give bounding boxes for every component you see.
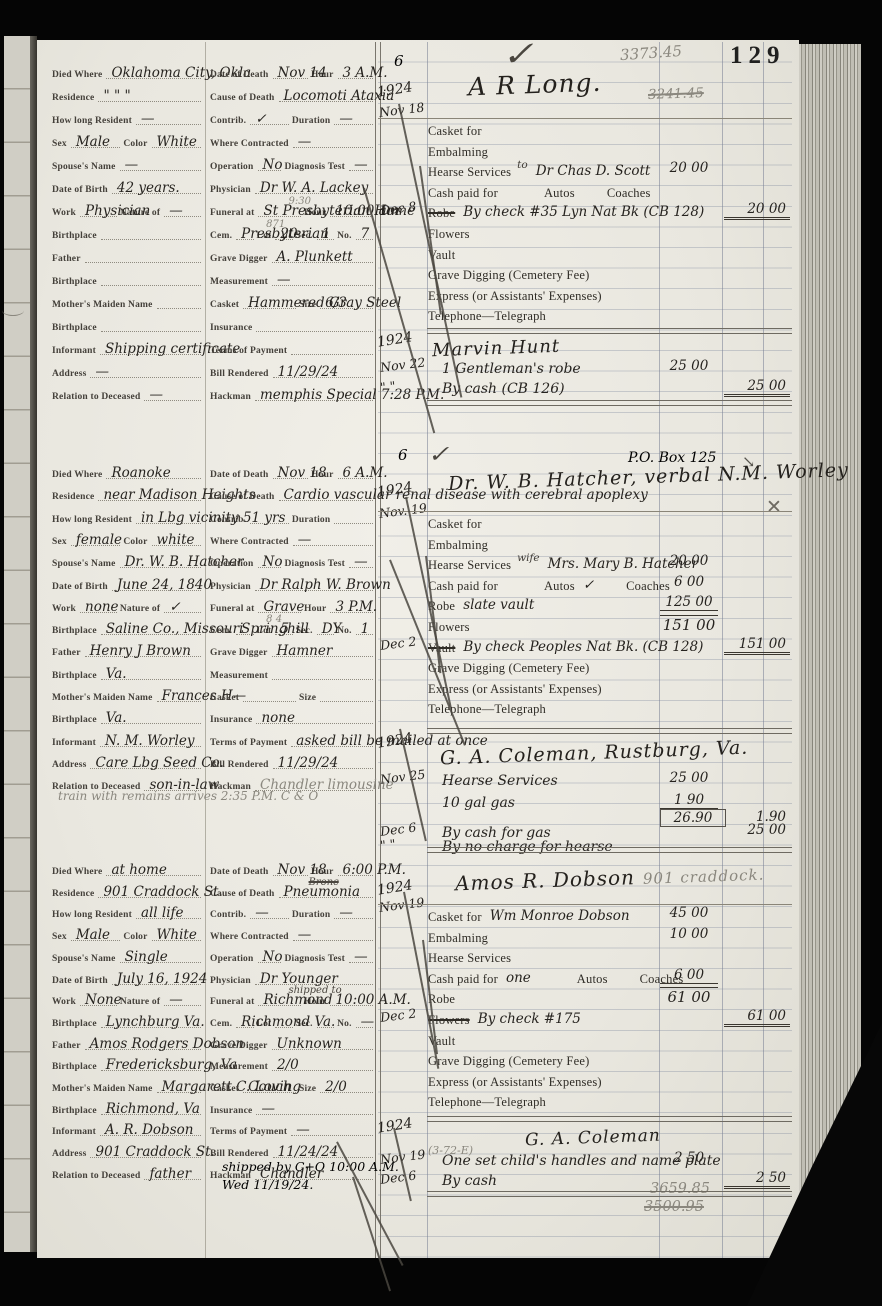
label-diagnosis-test: Diagnosis Test	[284, 162, 345, 172]
label-work: Work	[52, 604, 76, 614]
field-died-where: Died WhereOklahoma City, Okla	[52, 64, 204, 80]
value-color: white	[157, 534, 195, 547]
label-measurement: Measurement	[210, 671, 268, 681]
label-how-long-resident: How long Resident	[52, 515, 132, 525]
label-diagnosis-test: Diagnosis Test	[284, 559, 345, 569]
value-residence: " " "	[103, 90, 130, 103]
value-line-address: 901 Craddock St.	[90, 1145, 201, 1158]
field-funeral-at: Funeral atGraveHour3 P.M.	[210, 598, 376, 614]
value-bill-rendered: 11/29/24	[278, 757, 339, 770]
sub-line-text: By cash	[428, 1173, 656, 1191]
value-hour: 3 P.M.	[335, 601, 377, 614]
label-father: Father	[52, 1041, 81, 1051]
ship-note-1: shipped by C+O 10:00 A.M.	[222, 1159, 399, 1174]
value-relation-to-deceased: —	[149, 389, 163, 402]
label-insurance: Insurance	[210, 715, 252, 725]
value-line-died-where: at home	[106, 863, 201, 876]
value-funeral-at: Grave	[263, 601, 304, 614]
label-address: Address	[52, 1149, 86, 1159]
value-sec: DY	[322, 623, 342, 636]
field-how-long-resident: How long Residentall life	[52, 904, 204, 920]
ledger-item-text: Express (or Assistants' Expenses)	[428, 287, 656, 305]
field-informant: InformantShipping certificate	[52, 340, 204, 356]
value-line-hour: 6 A.M.	[338, 466, 374, 479]
customer-name: A R Long.	[468, 68, 602, 102]
label-physician: Physician	[210, 185, 251, 195]
ledger-item-vault: Vault	[378, 1031, 792, 1051]
value-line-residence: " " "	[98, 89, 201, 102]
item-label-embalming: Embalming	[428, 538, 488, 552]
label-terms-of-payment: Terms of Payment	[210, 738, 287, 748]
item-note: to	[517, 159, 528, 171]
value-operation: No	[263, 556, 283, 569]
value-sex: female	[76, 534, 122, 547]
value-line-operation: No	[258, 158, 282, 171]
field-birthplace: BirthplaceRichmond, Va	[52, 1100, 204, 1116]
value-work: Physician	[85, 205, 150, 218]
field-how-long-resident: How long Resident—	[52, 110, 204, 126]
value-line-funeral-at: St Presbyterian Home9:30	[258, 204, 301, 217]
field-terms-of-payment: Terms of Payment	[210, 340, 376, 356]
value-line-father: Amos Rodgers Dobson	[85, 1037, 201, 1050]
value-how-long-resident: all life	[141, 907, 184, 920]
field-operation: OperationNoDiagnosis Test—	[210, 948, 376, 964]
label-birthplace: Birthplace	[52, 671, 97, 681]
field-mother-s-maiden-name: Mother's Maiden Name	[52, 294, 204, 310]
label-funeral-at: Funeral at	[210, 604, 254, 614]
value-hour: 6 A.M.	[343, 467, 388, 480]
value-line-bill-rendered: 11/29/24	[273, 365, 373, 378]
field-sex: SexMaleColorWhite	[52, 133, 204, 149]
field-how-long-resident: How long Residentin Lbg vicinity 51 yrs	[52, 509, 204, 525]
value-line-contrib	[250, 511, 289, 524]
field-grave-digger: Grave DiggerHamner	[210, 642, 376, 658]
value-line-date-of-birth: 42 years.	[112, 181, 201, 194]
label-physician: Physician	[210, 582, 251, 592]
value-nature-of: —	[169, 994, 183, 1007]
label-hackman: Hackman	[210, 392, 251, 402]
value-no: 1	[361, 623, 370, 636]
field-spouse-s-name: Spouse's NameDr. W. B. Hatcher	[52, 553, 204, 569]
amount-charges: 20 00	[660, 553, 718, 569]
funeral-ledger-scan: 3373.45 3241.45 129 3659.85 3500.95 6 ✓ …	[0, 0, 882, 1306]
value-line-birthplace: Saline Co., Missouri	[101, 622, 201, 635]
item-handwriting: slate vault	[463, 597, 534, 613]
value-line-informant: A. R. Dobson	[100, 1123, 201, 1136]
value-line-contrib: —	[250, 906, 289, 919]
sub-line-text: 1 Gentleman's robe	[428, 361, 656, 379]
ledger-item-text: Grave Digging (Cemetery Fee)	[428, 266, 656, 284]
value-date-of-birth: June 24, 1840	[117, 579, 212, 592]
value-physician: Dr Ralph W. Brown	[260, 579, 391, 592]
margin-pencil-squiggle	[2, 305, 24, 316]
label-size: Size	[299, 693, 316, 703]
ledger-item-grave-digging-cemetery-fee: Grave Digging (Cemetery Fee)	[378, 1051, 792, 1071]
label-father: Father	[52, 648, 81, 658]
field-work: WorkPhysicianNature of—	[52, 202, 204, 218]
value-relation-to-deceased: father	[149, 1168, 191, 1181]
value-address: —	[95, 366, 109, 379]
value-nature-of: —	[169, 205, 183, 218]
ledger-item-text: Grave Digging (Cemetery Fee)	[428, 1052, 656, 1070]
amount-payments: 25 00	[724, 822, 790, 838]
value-line-mother-s-maiden-name	[157, 296, 201, 309]
ledger-item-text: Casket forWm Monroe Dobson	[428, 908, 656, 926]
field-measurement: Measurement	[210, 665, 376, 681]
amount-charges: 1 90	[660, 792, 718, 809]
amount-charges: 25 00	[660, 358, 718, 374]
item-label-grave-digging-cemetery-fee: Grave Digging (Cemetery Fee)	[428, 1054, 589, 1068]
value-line-date-of-death: Nov 18	[273, 466, 309, 479]
field-funeral-at: Funeral atSt Presbyterian Home9:30Hour10…	[210, 202, 376, 218]
value-line-birthplace: Va.	[101, 711, 201, 724]
label-sex: Sex	[52, 932, 67, 942]
ledger-item-text: Vault	[428, 1032, 656, 1050]
value-date-of-death: Nov 18	[278, 467, 327, 480]
value-line-grave-digger: A. Plunkett	[272, 250, 373, 263]
field-where-contracted: Where Contracted—	[210, 926, 376, 942]
label-birthplace: Birthplace	[52, 277, 97, 287]
value-line-measurement: 2/0	[272, 1058, 373, 1071]
label-died-where: Died Where	[52, 70, 102, 80]
value-line-size: 6/3	[320, 296, 373, 309]
value-line-diagnosis-test: —	[349, 950, 373, 963]
value-line-how-long-resident: in Lbg vicinity 51 yrs	[136, 511, 201, 524]
value-address: 901 Craddock St.	[95, 1146, 214, 1159]
label-birthplace: Birthplace	[52, 1062, 97, 1072]
label-cem: Cem.	[210, 231, 232, 241]
label-operation: Operation	[210, 954, 254, 964]
amount-charges: 45 00	[660, 905, 718, 921]
label-funeral-at: Funeral at	[210, 997, 254, 1007]
item-label-autos: Autos	[544, 186, 575, 200]
ledger-item-flowers: Flowers151 00	[378, 617, 792, 637]
value-line-work: Physician	[80, 204, 117, 217]
value-physician: Dr W. A. Lackey	[260, 182, 368, 195]
value-line-color: white	[152, 533, 201, 546]
value-work: none	[85, 601, 119, 614]
label-birthplace: Birthplace	[52, 626, 97, 636]
value-line-nature-of: —	[164, 993, 201, 1006]
value-line-how-long-resident: —	[136, 112, 201, 125]
label-cem: Cem.	[210, 1019, 232, 1029]
header-rule	[378, 904, 792, 905]
ledger-item-text: Embalming	[428, 143, 656, 161]
value-measurement: 2/0	[277, 1059, 299, 1072]
value-line-sec	[317, 1015, 334, 1028]
value-line-hour: 3 P.M.	[330, 600, 373, 613]
ledger-item-flowers: Dec 2FlowersBy check #17561 00	[378, 1010, 792, 1030]
value-line-physician: Dr Younger	[255, 972, 373, 985]
item-label-express-or-assistants-expenses: Express (or Assistants' Expenses)	[428, 289, 602, 303]
field-mother-s-maiden-name: Mother's Maiden NameFrances H—	[52, 687, 204, 703]
sub-entry-line: Nov 221 Gentleman's robe25 00	[378, 360, 792, 380]
label-spouse-s-name: Spouse's Name	[52, 162, 116, 172]
label-terms-of-payment: Terms of Payment	[210, 1127, 287, 1137]
label-color: Color	[123, 139, 147, 149]
ledger-item-casket-for: Casket for	[378, 514, 792, 534]
item-label-hearse-services: Hearse Services	[428, 558, 511, 572]
item-handwriting: By check #35 Lyn Nat Bk (CB 128)	[463, 204, 704, 220]
value-line-funeral-at: Grave	[258, 600, 301, 613]
item-label-casket-for: Casket for	[428, 517, 482, 531]
label-spouse-s-name: Spouse's Name	[52, 559, 116, 569]
field-informant: InformantN. M. Worley	[52, 732, 204, 748]
value-line-birthplace: Va.	[101, 667, 201, 680]
value-measurement: —	[277, 274, 291, 287]
ship-note-2: Wed 11/19/24.	[222, 1177, 313, 1192]
value-line-terms-of-payment: —	[291, 1123, 373, 1136]
value-line-lot: 5	[275, 622, 292, 635]
value-line-duration	[334, 511, 373, 524]
field-date-of-death: Date of DeathNov 14Hour3 A.M.	[210, 64, 376, 80]
label-address: Address	[52, 760, 86, 770]
sub-entry-line: Nov 25Hearse Services25 00	[378, 772, 792, 792]
item-label-casket-for: Casket for	[428, 910, 482, 924]
value-color: White	[157, 136, 197, 149]
field-physician: PhysicianDr Ralph W. Brown	[210, 576, 376, 592]
label-measurement: Measurement	[210, 277, 268, 287]
label-bill-rendered: Bill Rendered	[210, 369, 269, 379]
label-mother-s-maiden-name: Mother's Maiden Name	[52, 693, 153, 703]
field-birthplace: BirthplaceVa.	[52, 665, 204, 681]
ledger-item-robe: Dec 8RobeBy check #35 Lyn Nat Bk (CB 128…	[378, 203, 792, 223]
field-father: FatherAmos Rodgers Dobson	[52, 1035, 204, 1051]
value-line-color: White	[152, 928, 201, 941]
ledger-item-text: Cash paid foroneAutosCoaches	[428, 970, 656, 988]
ledger-item-casket-for: Casket for	[378, 121, 792, 141]
field-casket: CasketSize	[210, 687, 376, 703]
value-line-residence: near Madison Heights	[98, 488, 201, 501]
value-where-contracted: —	[298, 929, 312, 942]
value-line-work: None	[80, 993, 117, 1006]
ledger-item-robe: Robeslate vault125 00	[378, 596, 792, 616]
ledger-item-text: Telephone—Telegraph	[428, 1093, 656, 1111]
value-line-hackman: memphis Special 7:28 P.M.	[255, 388, 373, 401]
item-label-autos: Autos	[577, 972, 608, 986]
value-work: None	[85, 994, 122, 1007]
label-date-of-death: Date of Death	[210, 70, 269, 80]
field-birthplace: BirthplaceLynchburg Va.	[52, 1013, 204, 1029]
field-cause-of-death: Cause of DeathPneumoniaBronc	[210, 883, 376, 899]
field-mother-s-maiden-name: Mother's Maiden NameMargarett C. Loving	[52, 1078, 204, 1094]
ledger-item-text: Telephone—Telegraph	[428, 307, 656, 325]
label-informant: Informant	[52, 738, 96, 748]
ledger-item-text: Vault	[428, 246, 656, 264]
label-birthplace: Birthplace	[52, 1019, 97, 1029]
value-contrib: ✓	[255, 113, 266, 126]
amount-charges: 61 00	[660, 987, 718, 1006]
label-casket: Casket	[210, 693, 239, 703]
item-label-casket-for: Casket for	[428, 124, 482, 138]
amount-payments: 151 00	[724, 636, 790, 655]
label-residence: Residence	[52, 93, 94, 103]
value-line-casket	[243, 689, 296, 702]
value-birthplace: Lynchburg Va.	[106, 1016, 205, 1029]
value-no: 7	[361, 228, 370, 241]
ledger-item-text: VaultBy check Peoples Nat Bk. (CB 128)	[428, 639, 656, 657]
value-line-size: 2/0	[320, 1080, 373, 1093]
value-insurance: none	[261, 712, 295, 725]
value-line-date-of-death: Nov 18	[273, 863, 309, 876]
item-label-grave-digging-cemetery-fee: Grave Digging (Cemetery Fee)	[428, 268, 589, 282]
ledger-item-text: Robe	[428, 990, 656, 1008]
value-birthplace: Va.	[106, 712, 127, 725]
field-date-of-birth: Date of BirthJune 24, 1840	[52, 576, 204, 592]
value-line-date-of-birth: June 24, 1840	[112, 578, 201, 591]
value-line-informant: N. M. Worley	[100, 734, 201, 747]
value-line-birthplace: Richmond, Va	[101, 1102, 201, 1115]
field-date-of-death: Date of DeathNov 18Hour6:00 P.M.	[210, 861, 376, 877]
field-where-contracted: Where Contracted—	[210, 531, 376, 547]
item-label-flowers: Flowers	[428, 1013, 470, 1027]
label-grave-digger: Grave Digger	[210, 1041, 268, 1051]
value-line-spouse-s-name: Single	[120, 950, 201, 963]
label-where-contracted: Where Contracted	[210, 139, 289, 149]
page-number: 129	[730, 42, 786, 70]
po-box-note: P.O. Box 125	[628, 450, 716, 466]
value-physician: Dr Younger	[260, 973, 338, 986]
value-died-where: at home	[111, 864, 166, 877]
item-label-autos: Autos	[544, 579, 575, 593]
label-where-contracted: Where Contracted	[210, 537, 289, 547]
field-contrib: Contrib.✓Duration—	[210, 110, 376, 126]
entry-end-rule	[427, 728, 792, 734]
field-cause-of-death: Cause of DeathCardio vascular renal dise…	[210, 486, 376, 502]
pencil-sum-bottom-struck: 3500.95	[644, 1199, 704, 1215]
label-operation: Operation	[210, 559, 254, 569]
label-funeral-at: Funeral at	[210, 208, 254, 218]
value-line-where-contracted: —	[293, 135, 373, 148]
value-line-birthplace: Lynchburg Va.	[101, 1015, 201, 1028]
field-birthplace: Birthplace	[52, 225, 204, 241]
ledger-item-text: Express (or Assistants' Expenses)	[428, 680, 656, 698]
field-hackman: Hackmanmemphis Special 7:28 P.M.	[210, 386, 376, 402]
customer-name-text: A R Long.	[468, 68, 602, 102]
value-line-spouse-s-name: —	[120, 158, 201, 171]
value-line-no: —	[356, 1015, 373, 1028]
item-handwriting: one	[506, 970, 531, 986]
field-measurement: Measurement—	[210, 271, 376, 287]
label-duration: Duration	[292, 116, 331, 126]
field-address: AddressCare Lbg Seed Co.	[52, 754, 204, 770]
field-funeral-at: Funeral atRichmondshipped toHour10:00 A.…	[210, 991, 376, 1007]
label-father: Father	[52, 254, 81, 264]
field-work: WorkNoneNature of—	[52, 991, 204, 1007]
value-line-physician: Dr Ralph W. Brown	[255, 578, 373, 591]
item-handwriting: By check #175	[478, 1011, 581, 1027]
field-contrib: Contrib.—Duration—	[210, 904, 376, 920]
label-birthplace: Birthplace	[52, 231, 97, 241]
value-hour: 6:00 P.M.	[343, 864, 406, 877]
amount-charges: 10 00	[660, 926, 718, 942]
value-birthplace: Richmond, Va	[106, 1103, 200, 1116]
value-line-lot	[275, 1015, 292, 1028]
ledger-item-text: FlowersBy check #175	[428, 1011, 656, 1029]
field-birthplace: BirthplaceSaline Co., Missouri	[52, 620, 204, 636]
ledger-item-text: Casket for	[428, 122, 656, 140]
value-residence: 901 Craddock St.	[103, 886, 222, 899]
label-cause-of-death: Cause of Death	[210, 889, 275, 899]
label-hour: Hour	[304, 604, 326, 614]
value-line-informant: Shipping certificate	[100, 342, 201, 355]
value-line-residence: 901 Craddock St.	[98, 885, 201, 898]
value-line-how-long-resident: all life	[136, 906, 201, 919]
sub-line-handwriting: 1 Gentleman's robe	[442, 361, 581, 377]
field-relation-to-deceased: Relation to Deceasedfather	[52, 1165, 204, 1181]
field-physician: PhysicianDr W. A. Lackey	[210, 179, 376, 195]
value-line-died-where: Oklahoma City, Okla	[106, 66, 201, 79]
ledger-item-text: Casket for	[428, 515, 656, 533]
field-bill-rendered: Bill Rendered11/29/24	[210, 363, 376, 379]
item-label-cash-paid-for: Cash paid for	[428, 579, 498, 593]
value-line-spouse-s-name: Dr. W. B. Hatcher	[120, 555, 201, 568]
binding-gutter	[30, 36, 37, 1252]
value-line-sex: female	[71, 533, 120, 546]
label-casket: Casket	[210, 300, 239, 310]
value-line-insurance	[256, 319, 373, 332]
value-sec: 1	[322, 228, 331, 241]
value-line-date-of-birth: July 16, 1924	[112, 972, 201, 985]
entry-end-rule	[427, 1191, 792, 1197]
ledger-item-casket-for: Casket forWm Monroe Dobson45 00	[378, 907, 792, 927]
value-line-relation-to-deceased: —	[144, 388, 201, 401]
label-cause-of-death: Cause of Death	[210, 93, 275, 103]
field-terms-of-payment: Terms of Payment—	[210, 1121, 376, 1137]
value-informant: A. R. Dobson	[105, 1124, 193, 1137]
label-date-of-birth: Date of Birth	[52, 976, 108, 986]
field-physician: PhysicianDr Younger	[210, 970, 376, 986]
sub-line-text: Hearse Services	[428, 773, 656, 791]
value-line-funeral-at: Richmondshipped to	[258, 993, 301, 1006]
item-label-embalming: Embalming	[428, 931, 488, 945]
item-label-grave-digging-cemetery-fee: Grave Digging (Cemetery Fee)	[428, 661, 589, 675]
value-line-duration: —	[334, 906, 373, 919]
value-line-date-of-death: Nov 14	[273, 66, 309, 79]
field-bill-rendered: Bill Rendered11/29/24	[210, 754, 376, 770]
label-color: Color	[123, 537, 147, 547]
amount-payments: 20 00	[724, 201, 790, 220]
check-mark-2: ✓	[425, 440, 452, 467]
field-spouse-s-name: Spouse's NameSingle	[52, 948, 204, 964]
field-casket: CasketCouchSize2/0	[210, 1078, 376, 1094]
item-label-embalming: Embalming	[428, 145, 488, 159]
entry-end-rule	[427, 1116, 792, 1122]
value-line-terms-of-payment: asked bill be mailed at once	[291, 734, 373, 747]
label-birthplace: Birthplace	[52, 1106, 97, 1116]
value-line-operation: No	[258, 555, 282, 568]
value-line-sex: Male	[71, 135, 120, 148]
value-line-father: Henry J Brown	[85, 644, 201, 657]
label-diagnosis-test: Diagnosis Test	[284, 954, 345, 964]
ledger-item-text: Hearse ServiceswifeMrs. Mary B. Hatcher	[428, 556, 656, 574]
label-nature-of: Nature of	[120, 604, 160, 614]
label-mother-s-maiden-name: Mother's Maiden Name	[52, 1084, 153, 1094]
customer-name-pencil: 901 craddock.	[643, 866, 765, 888]
note-cause-of-death: Bronc	[309, 877, 339, 888]
label-color: Color	[123, 932, 147, 942]
field-measurement: Measurement2/0	[210, 1056, 376, 1072]
ledger-item-text: Telephone—Telegraph	[428, 700, 656, 718]
stray-six-mark-2: 6	[398, 446, 408, 464]
field-operation: OperationNoDiagnosis Test—	[210, 553, 376, 569]
value-line-duration: —	[334, 112, 373, 125]
value-address: Care Lbg Seed Co.	[95, 757, 223, 770]
field-terms-of-payment: Terms of Paymentasked bill be mailed at …	[210, 732, 376, 748]
value-line-where-contracted: —	[293, 533, 373, 546]
field-address: Address—	[52, 363, 204, 379]
value-contrib: —	[255, 907, 269, 920]
